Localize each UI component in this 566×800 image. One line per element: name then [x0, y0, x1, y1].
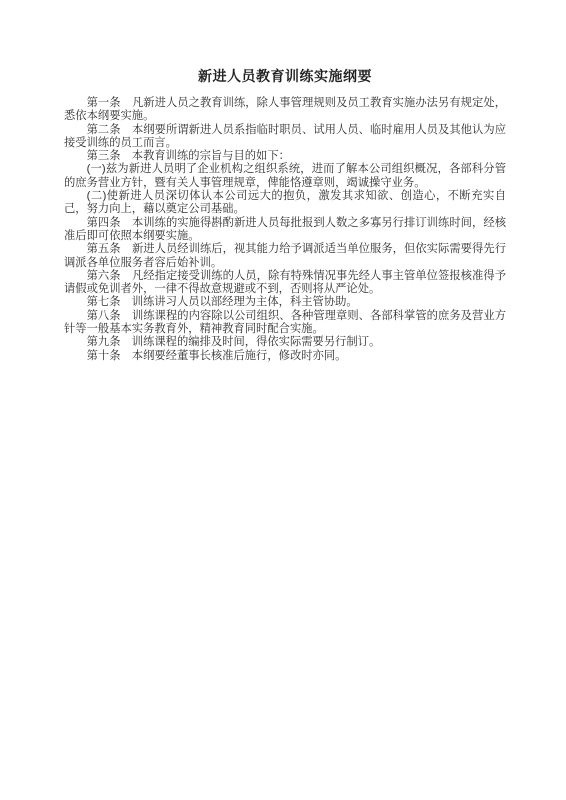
- paragraph-article-8: 第八条 训练课程的内容除以公司组织、各种管理章则、各部科掌管的庶务及营业方针等一…: [64, 310, 506, 337]
- document-content: 新进人员教育训练实施纲要 第一条 凡新进人员之教育训练，除人事管理规则及员工教育…: [64, 69, 506, 363]
- paragraph-article-3: 第三条 本教育训练的宗旨与目的如下：: [64, 150, 506, 163]
- paragraph-article-2: 第二条 本纲要所谓新进人员系指临时职员、试用人员、临时雇用人员及其他认为应接受训…: [64, 124, 506, 151]
- paragraph-article-10: 第十条 本纲要经董事长核准后施行，修改时亦同。: [64, 350, 506, 363]
- paragraph-article-1: 第一条 凡新进人员之教育训练，除人事管理规则及员工教育实施办法另有规定处，悉依本…: [64, 97, 506, 124]
- document-title: 新进人员教育训练实施纲要: [64, 69, 506, 84]
- paragraph-article-5: 第五条 新进人员经训练后，视其能力给予调派适当单位服务，但依实际需要得先行调派各…: [64, 243, 506, 270]
- paragraph-article-7: 第七条 训练讲习人员以部经理为主体，科主管协助。: [64, 296, 506, 309]
- paragraph-article-6: 第六条 凡经指定接受训练的人员，除有特殊情况事先经人事主管单位签报核准得予请假或…: [64, 270, 506, 297]
- paragraph-article-4: 第四条 本训练的实施得斟酌新进人员每批报到人数之多寡另行排订训练时间，经核准后即…: [64, 217, 506, 244]
- document-page: 新进人员教育训练实施纲要 第一条 凡新进人员之教育训练，除人事管理规则及员工教育…: [0, 0, 566, 800]
- paragraph-article-9: 第九条 训练课程的编排及时间，得依实际需要另行制订。: [64, 336, 506, 349]
- paragraph-article-3-clause-1: (一)兹为新进人员明了企业机构之组织系统，进而了解本公司组织概况，各部科分管的庶…: [64, 163, 506, 190]
- paragraph-article-3-clause-2: (二)使新进人员深切体认本公司远大的抱负，激发其求知欲、创造心，不断充实自己，努…: [64, 190, 506, 217]
